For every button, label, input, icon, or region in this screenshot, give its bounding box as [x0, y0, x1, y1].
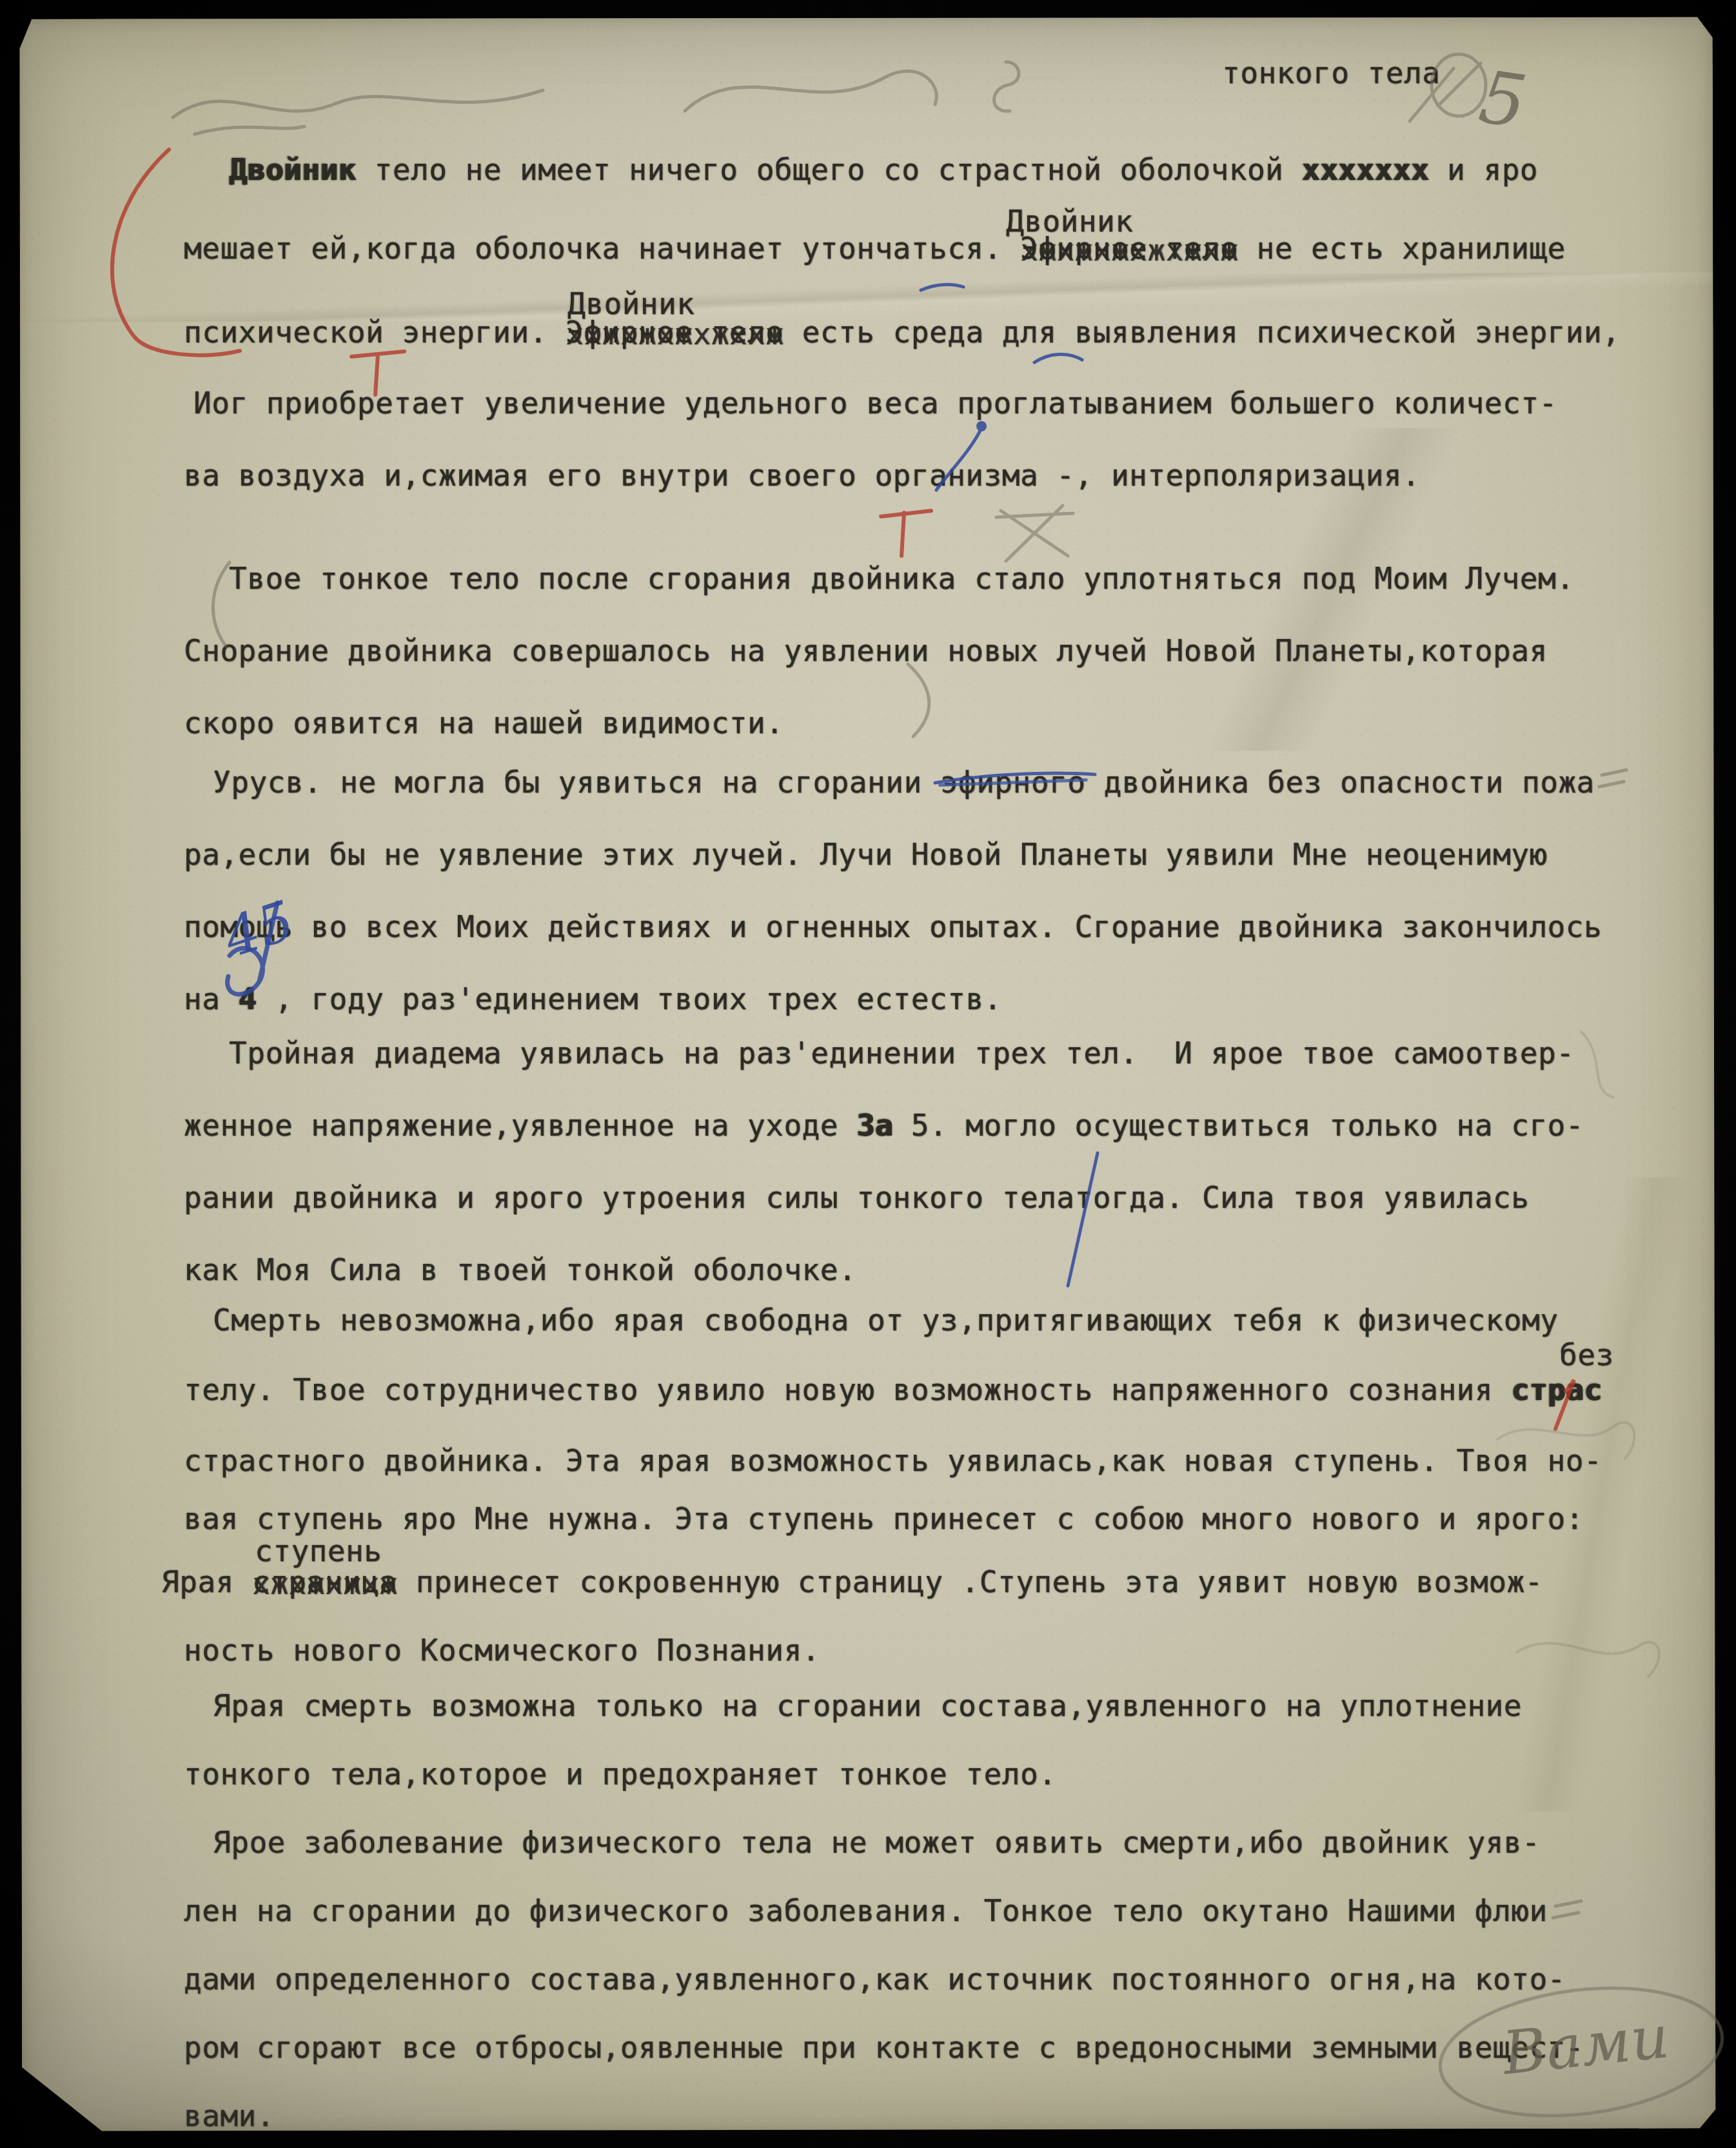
- typed-overstrike-xs: хжхжхжхж: [252, 1568, 398, 1600]
- typed-line-p4-l2: ра,если бы не уявление этих лучей. Лучи …: [184, 838, 1548, 871]
- typed-line-p6-l2: телу. Твое сотрудничество уявило новую в…: [184, 1374, 1602, 1406]
- typed-line-p6-l1: Смерть невозможна,ибо ярая свободна от у…: [213, 1304, 1558, 1336]
- typed-line-p2-l1: Иог приобретает увеличение удельного вес…: [193, 387, 1557, 419]
- typed-line-p1-l2: мешает ей,когда оболочка начинает утонча…: [184, 232, 1566, 264]
- typed-line-p4-l4: на 4 , году раз'единением твоих трех ест…: [184, 983, 1002, 1015]
- typed-line-insert-stupen: ступень: [255, 1535, 382, 1567]
- typed-line-p3-l1: Твое тонкое тело после сгорания двойника…: [229, 562, 1574, 595]
- typed-line-p6-l3: страстного двойника. Эта ярая возможност…: [184, 1444, 1602, 1477]
- typed-line-p8-l4: ром сгорают все отбросы,оявленные при ко…: [184, 2031, 1584, 2064]
- typed-struck-word: Эфирное телоххжхжхжхжххж: [566, 316, 784, 348]
- typed-line-p6-l4: вая ступень яро Мне нужна. Эта ступень п…: [184, 1503, 1584, 1535]
- typed-line-p5-l2: женное напряжение,уявленное на уходе За …: [184, 1109, 1584, 1141]
- typed-line-p1-l3: психической энергии. Эфирное телоххжхжхж…: [184, 316, 1620, 348]
- typed-struck-word: Эфирное телохжхжхжхжхжхж: [1020, 232, 1238, 264]
- typed-line-p7-l1: Ярая смерть возможна только на сгорании …: [213, 1690, 1522, 1722]
- typed-line-p2-l2: ва воздуха и,сжимая его внутри своего ор…: [184, 459, 1420, 491]
- typed-overstrike-xs: ххжхжхжхжххж: [566, 318, 784, 350]
- typed-struck-word: страницахжхжхжхж: [252, 1566, 398, 1598]
- typed-line-p5-l4: как Моя Сила в твоей тонкой оболочке.: [184, 1254, 856, 1286]
- typed-overstrike-xs: хжхжхжхжхжхж: [1020, 234, 1238, 266]
- typed-line-p6-l6: ность нового Космического Познания.: [184, 1634, 820, 1666]
- typed-line-p3-l2: Снорание двойника совершалось на уявлени…: [184, 635, 1548, 667]
- typed-line-p4-l1: Урусв. не могла бы уявиться на сгорании …: [213, 766, 1595, 798]
- photo-background: тонкого телаДвойник тело не имеет ничего…: [0, 0, 1736, 2148]
- typed-line-p8-l3: дами определенного состава,уявленного,ка…: [184, 1963, 1566, 1995]
- typed-line-p6-l5: Ярая страницахжхжхжхж принесет сокровенн…: [161, 1566, 1543, 1598]
- typed-line-p4-l3: помощь во всех Моих действиях и огненных…: [184, 911, 1602, 943]
- typed-line-p1-l1: Двойник тело не имеет ничего общего со с…: [229, 153, 1538, 186]
- typed-line-p8-l1: Ярое заболевание физического тела не мож…: [213, 1826, 1540, 1858]
- typed-line-p5-l3: рании двойника и ярого утроения силы тон…: [184, 1181, 1529, 1214]
- typed-line-p8-l5: вами.: [184, 2100, 275, 2132]
- typed-line-insert-bez: без: [1559, 1339, 1614, 1371]
- typed-line-p8-l2: лен на сгорании до физического заболеван…: [184, 1895, 1548, 1927]
- typed-line-p5-l1: Тройная диадема уявилась на раз'единении…: [229, 1037, 1574, 1069]
- typed-line-p3-l3: скоро оявится на нашей видимости.: [184, 707, 784, 739]
- typed-line-header-insert: тонкого тела: [1222, 57, 1440, 89]
- typed-line-p7-l2: тонкого тела,которое и предохраняет тонк…: [184, 1758, 1056, 1790]
